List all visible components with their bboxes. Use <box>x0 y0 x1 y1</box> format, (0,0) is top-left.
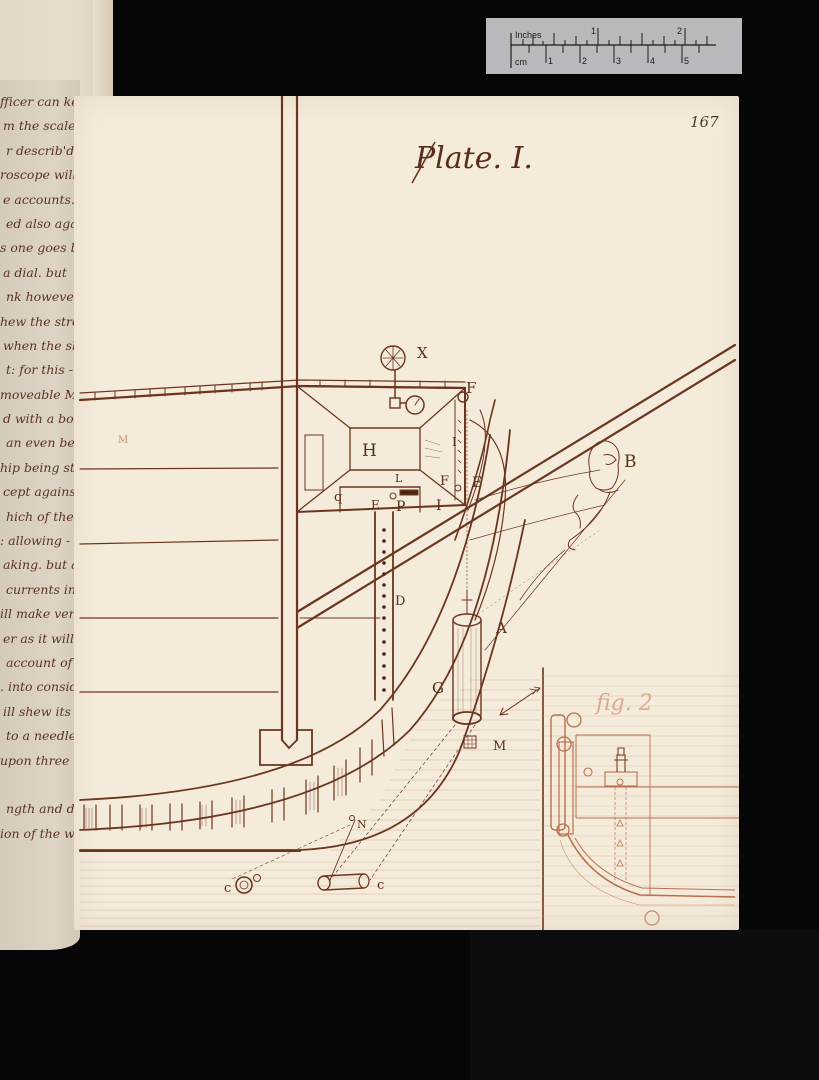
lion-figurehead <box>470 441 619 600</box>
rail-posts <box>95 380 445 400</box>
label-d: D <box>395 594 405 609</box>
label-a: A <box>495 619 507 637</box>
deck-line <box>80 540 278 544</box>
spring-mechanism <box>400 490 418 495</box>
mast-step <box>260 730 312 765</box>
label-m-faint: M <box>118 435 128 446</box>
buoy-ball-icon <box>236 877 252 893</box>
label-x: X <box>417 344 428 362</box>
cabin-hatch <box>350 428 420 470</box>
label-m: M <box>493 739 506 754</box>
ship-section-drawing: X F H I E F L q E P I B D A G M N c c M … <box>0 0 819 1080</box>
label-b: B <box>624 452 637 472</box>
figure-2-label: fig. 2 <box>594 691 653 716</box>
deck-line <box>80 468 278 469</box>
cabin-housing <box>297 386 465 512</box>
label-e-right: E <box>472 475 482 491</box>
label-f-top: F <box>466 379 476 397</box>
drogue-cylinder <box>453 614 481 626</box>
label-c-left: c <box>224 881 231 896</box>
label-f-lower: F <box>440 474 449 489</box>
label-c-right: c <box>377 878 384 893</box>
bowsprit <box>297 345 735 612</box>
page-number: 167 <box>690 113 719 131</box>
label-g: G <box>432 679 444 697</box>
label-i-right: I <box>452 435 457 449</box>
fig2-pulley-icon <box>567 713 581 727</box>
label-p: P <box>396 499 405 515</box>
label-n: N <box>357 818 367 831</box>
label-q: q <box>334 490 342 505</box>
label-h: H <box>362 441 377 461</box>
label-i-lower: I <box>436 498 442 514</box>
label-e-lower: E <box>371 498 380 512</box>
label-l: L <box>395 472 403 485</box>
grid-marker-icon <box>464 736 476 748</box>
chain-links <box>382 528 386 692</box>
